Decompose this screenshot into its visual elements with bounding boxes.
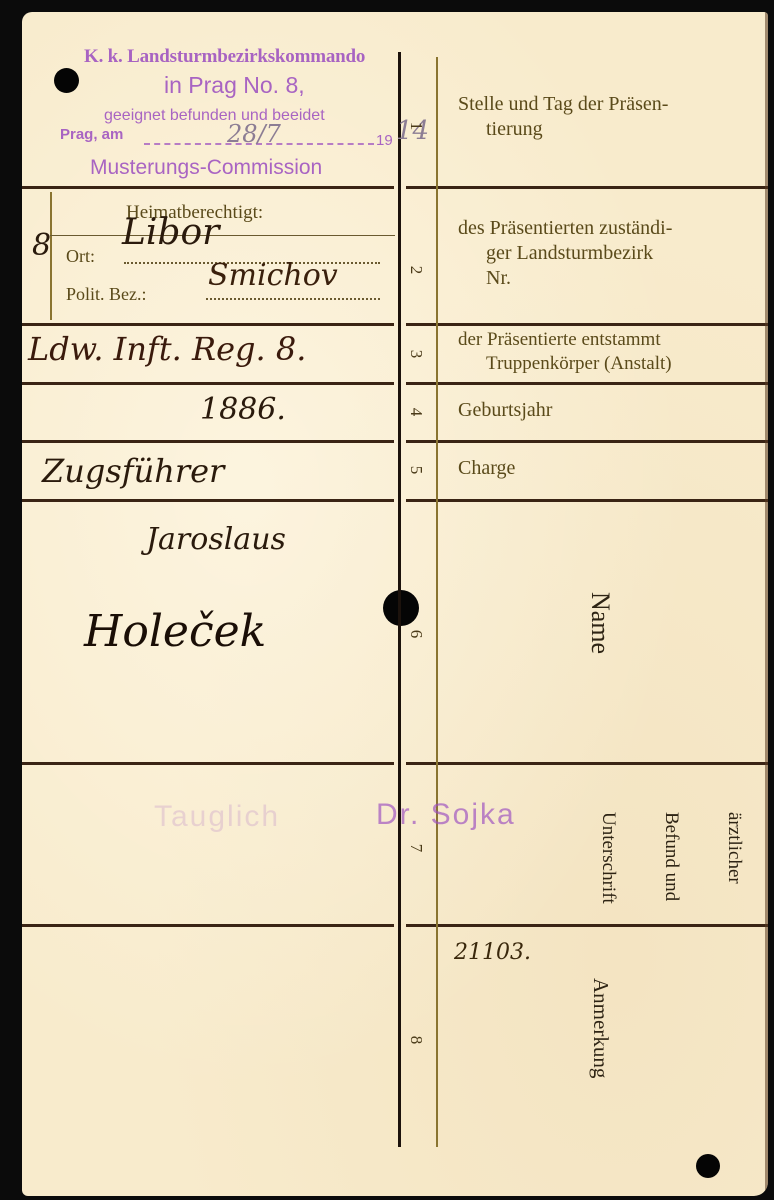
row-2-label: des Präsentierten zuständi- ger Landstur… <box>458 216 672 291</box>
bez-value: Smichov <box>208 258 338 293</box>
remark-value: 21103. <box>454 940 531 965</box>
row-7-label-line-3: Befund und <box>661 812 682 904</box>
row-1-label-line-2: tierung <box>458 117 668 142</box>
punch-hole-bottom-right <box>696 1154 720 1178</box>
ort-label: Ort: <box>66 244 95 269</box>
row-4-label: Geburtsjahr <box>458 398 552 423</box>
row-number-8: 8 <box>406 1030 426 1050</box>
last-name-value: Holeček <box>84 606 266 657</box>
registration-card: K. k. Landsturmbezirkskommando in Prag N… <box>22 12 768 1196</box>
medical-stamp-faint: Tauglich <box>154 800 280 834</box>
row-7-label: Militär- ärztlicher Befund und Unterschr… <box>556 812 768 904</box>
stamp-line-1: K. k. Landsturmbezirkskommando <box>84 46 365 68</box>
punch-hole-top-left <box>54 68 79 93</box>
birth-year-value: 1886. <box>200 392 286 427</box>
row-8-label: Anmerkung <box>590 978 611 1078</box>
number-column-divider <box>436 57 438 1147</box>
row-3-label-line-1: der Präsentierte entstammt <box>458 328 672 352</box>
row-2-label-line-1: des Präsentierten zuständi- <box>458 216 672 241</box>
row-2-label-line-2: ger Landsturmbezirk <box>458 241 672 266</box>
row-1-label-line-1: Stelle und Tag der Präsen- <box>458 92 668 117</box>
rank-value: Zugsführer <box>42 452 224 490</box>
row-divider-1r <box>406 186 768 189</box>
row-3-label-line-2: Truppenkörper (Anstalt) <box>458 352 672 376</box>
stamp-year-prefix: 19 <box>376 132 393 149</box>
row-number-7: 7 <box>406 838 426 858</box>
bez-dotted-line <box>206 298 380 300</box>
row-divider-3 <box>22 382 394 385</box>
row-number-4: 4 <box>406 402 426 422</box>
row-divider-1 <box>22 186 394 189</box>
row-number-2: 2 <box>406 260 426 280</box>
row-divider-3r <box>406 382 768 385</box>
row-2-label-line-3: Nr. <box>458 266 672 291</box>
row-divider-5r <box>406 499 768 502</box>
row-6-label: Name <box>590 592 611 654</box>
ort-value: Libor <box>122 212 219 253</box>
district-number: 8 <box>32 228 51 263</box>
row-divider-7r <box>406 924 768 927</box>
row-number-6: 6 <box>406 624 426 644</box>
medical-stamp-doctor: Dr. Sojka <box>376 798 516 832</box>
row-5-label: Charge <box>458 456 515 481</box>
row-divider-2r <box>406 323 768 326</box>
row-divider-2 <box>22 323 394 326</box>
heimat-title-rule <box>50 235 395 236</box>
row-divider-5 <box>22 499 394 502</box>
row-divider-4r <box>406 440 768 443</box>
first-name-value: Jaroslaus <box>146 522 286 557</box>
stamp-line-5: Musterungs-Commission <box>90 156 322 180</box>
row-divider-6r <box>406 762 768 765</box>
stamp-line-2: in Prag No. 8, <box>164 72 305 99</box>
row-7-label-line-4: Unterschrift <box>598 812 619 904</box>
bez-label: Polit. Bez.: <box>66 282 147 307</box>
stamp-line-3: geeignet befunden und beeidet <box>104 107 325 125</box>
row-number-5: 5 <box>406 460 426 480</box>
row-divider-4 <box>22 440 394 443</box>
row-number-1: 1 <box>406 116 426 136</box>
stamp-line-4-prefix: Prag, am <box>60 126 123 143</box>
unit-value: Ldw. Inft. Reg. 8. <box>28 330 306 368</box>
presentation-date: 28/7 <box>227 120 281 148</box>
row-number-3: 3 <box>406 344 426 364</box>
row-1-label: Stelle und Tag der Präsen- tierung <box>458 92 668 142</box>
row-3-label: der Präsentierte entstammt Truppenkörper… <box>458 328 672 376</box>
main-column-divider <box>398 52 401 1147</box>
row-divider-7 <box>22 924 394 927</box>
row-divider-6 <box>22 762 394 765</box>
row-7-label-line-2: ärztlicher <box>724 812 745 904</box>
punch-hole-middle <box>383 590 419 626</box>
